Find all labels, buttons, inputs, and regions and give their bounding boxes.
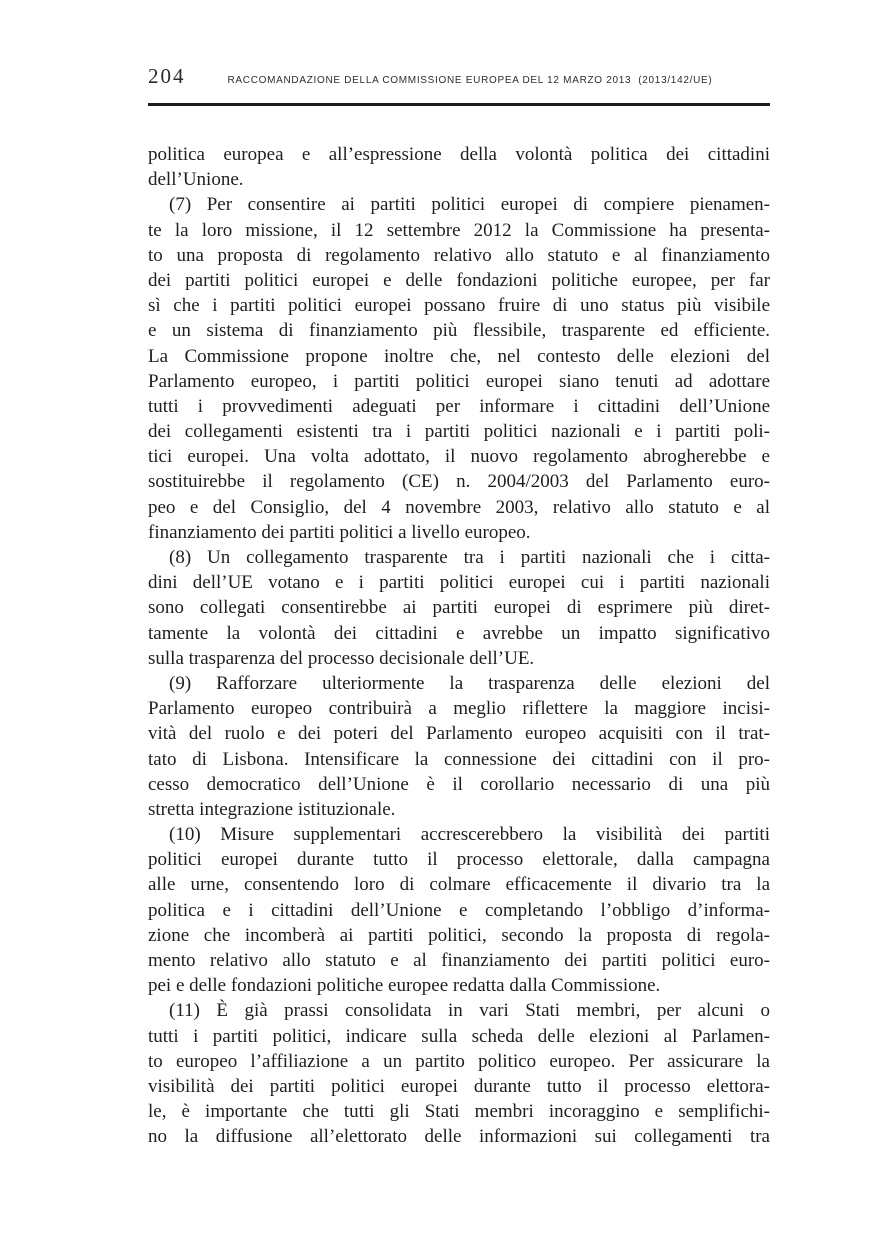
text-line: vità del ruolo e dei poteri del Parlamen… — [148, 721, 770, 746]
text-line: sono collegati consentirebbe ai partiti … — [148, 595, 770, 620]
text-line: tutti i provvedimenti adeguati per infor… — [148, 394, 770, 419]
text-line: zione che incomberà ai partiti politici,… — [148, 923, 770, 948]
page-number: 204 — [148, 64, 186, 89]
text-line: dei partiti politici europei e delle fon… — [148, 268, 770, 293]
text-line: pei e delle fondazioni politiche europee… — [148, 973, 770, 998]
text-line: peo e del Consiglio, del 4 novembre 2003… — [148, 495, 770, 520]
text-line: dell’Unione. — [148, 167, 770, 192]
header-divider-rule — [148, 103, 770, 106]
text-line: stretta integrazione istituzionale. — [148, 797, 770, 822]
text-line: finanziamento dei partiti politici a liv… — [148, 520, 770, 545]
text-line: tutti i partiti politici, indicare sulla… — [148, 1024, 770, 1049]
document-body: politica europea e all’espressione della… — [148, 142, 770, 1150]
text-line: tato di Lisbona. Intensificare la connes… — [148, 747, 770, 772]
page-header: 204 RACCOMANDAZIONE DELLA COMMISSIONE EU… — [148, 64, 772, 89]
text-line: politici europei durante tutto il proces… — [148, 847, 770, 872]
paragraph: (9) Rafforzare ulteriormente la traspare… — [148, 671, 770, 822]
text-line: sostituirebbe il regolamento (CE) n. 200… — [148, 469, 770, 494]
text-line: (8) Un collegamento trasparente tra i pa… — [148, 545, 770, 570]
text-line: cesso democratico dell’Unione è il corol… — [148, 772, 770, 797]
text-line: (7) Per consentire ai partiti politici e… — [148, 192, 770, 217]
text-line: (9) Rafforzare ulteriormente la traspare… — [148, 671, 770, 696]
text-line: tici europei. Una volta adottato, il nuo… — [148, 444, 770, 469]
text-line: mento relativo allo statuto e al finanzi… — [148, 948, 770, 973]
text-line: La Commissione propone inoltre che, nel … — [148, 344, 770, 369]
text-line: e un sistema di finanziamento più flessi… — [148, 318, 770, 343]
text-line: visibilità dei partiti politici europei … — [148, 1074, 770, 1099]
text-line: tamente la volontà dei cittadini e avreb… — [148, 621, 770, 646]
running-title: RACCOMANDAZIONE DELLA COMMISSIONE EUROPE… — [228, 75, 713, 86]
text-line: dini dell’UE votano e i partiti politici… — [148, 570, 770, 595]
text-line: (10) Misure supplementari accrescerebber… — [148, 822, 770, 847]
paragraph: (8) Un collegamento trasparente tra i pa… — [148, 545, 770, 671]
text-line: te la loro missione, il 12 settembre 201… — [148, 218, 770, 243]
text-line: Parlamento europeo contribuirà a meglio … — [148, 696, 770, 721]
text-line: Parlamento europeo, i partiti politici e… — [148, 369, 770, 394]
paragraph: politica europea e all’espressione della… — [148, 142, 770, 192]
text-line: politica europea e all’espressione della… — [148, 142, 770, 167]
text-line: alle urne, consentendo loro di colmare e… — [148, 872, 770, 897]
text-line: dei collegamenti esistenti tra i partiti… — [148, 419, 770, 444]
text-line: sulla trasparenza del processo decisiona… — [148, 646, 770, 671]
paragraph: (10) Misure supplementari accrescerebber… — [148, 822, 770, 998]
text-line: sì che i partiti politici europei possan… — [148, 293, 770, 318]
text-line: le, è importante che tutti gli Stati mem… — [148, 1099, 770, 1124]
document-page: 204 RACCOMANDAZIONE DELLA COMMISSIONE EU… — [0, 0, 876, 1239]
text-line: to una proposta di regolamento relativo … — [148, 243, 770, 268]
paragraph: (7) Per consentire ai partiti politici e… — [148, 192, 770, 545]
text-line: (11) È già prassi consolidata in vari St… — [148, 998, 770, 1023]
text-line: politica e i cittadini dell’Unione e com… — [148, 898, 770, 923]
paragraph: (11) È già prassi consolidata in vari St… — [148, 998, 770, 1149]
text-line: no la diffusione all’elettorato delle in… — [148, 1124, 770, 1149]
text-line: to europeo l’affiliazione a un partito p… — [148, 1049, 770, 1074]
